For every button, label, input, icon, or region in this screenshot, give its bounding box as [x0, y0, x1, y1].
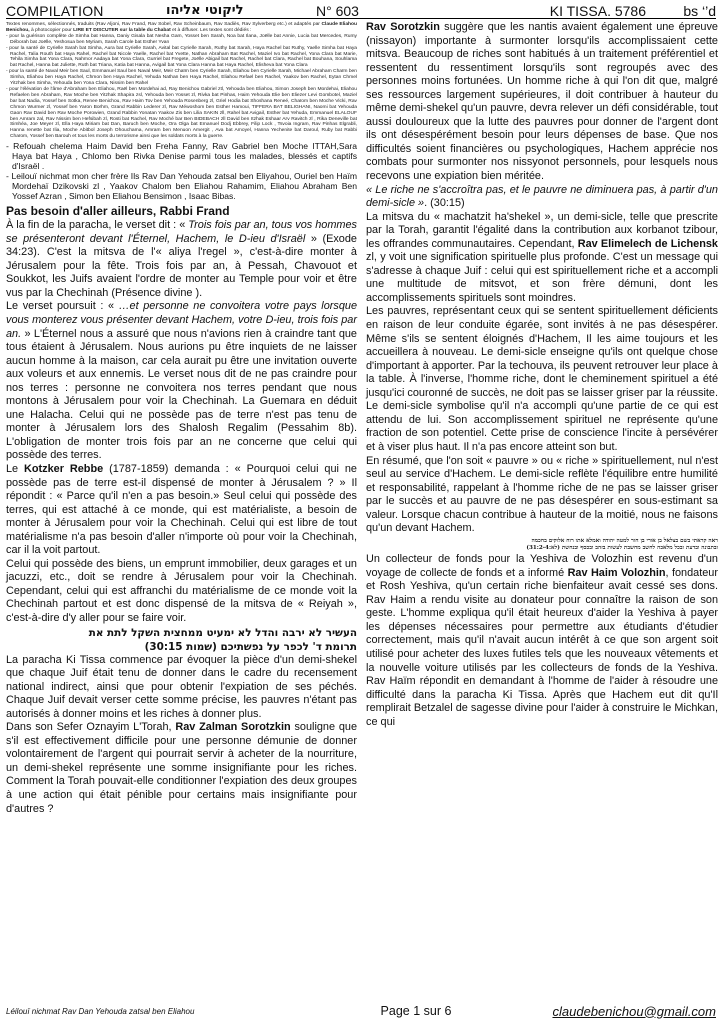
paragraph: À la fin de la paracha, le verset dit : …	[6, 219, 357, 300]
rabbi-name: Rav Haim Volozhin	[568, 567, 666, 579]
paragraph: Dans son Sefer Oznayim L'Torah, Rav Zalm…	[6, 721, 357, 816]
bsd-mark: bs ‘’d	[666, 3, 716, 19]
dedication-small: - pour la santé de Cyrielle Sarah bat Si…	[6, 46, 357, 70]
rabbi-name: Kotzker Rebbe	[24, 463, 103, 475]
paracha-name: KI TISSA. 5786	[516, 3, 666, 19]
issue-number: N° 603	[286, 3, 416, 19]
dedication-leiloui: - Leilouï nichmat mon cher frère Ils Rav…	[6, 171, 357, 201]
paragraph: Le Kotzker Rebbe (1787-1859) demanda : «…	[6, 463, 357, 558]
left-column: Textes renommes, sélectionnés, traduits …	[6, 22, 357, 816]
paragraph: La paracha Ki Tissa commence par évoquer…	[6, 654, 357, 722]
email-link[interactable]: claudebenichou@gmail.com	[552, 1004, 716, 1019]
paragraph: La mitsva du « machatzit ha'shekel », un…	[366, 211, 718, 306]
compilation-title: COMPILATION	[6, 3, 166, 19]
dedication-small: - pour la guérison complète de Simha bat…	[6, 34, 357, 46]
hebrew-verse-small: ראה קראתי בשם בצלאל בן אורי בן חור למטה …	[366, 538, 718, 552]
rabbi-name: Rav Sorotzkin	[366, 21, 440, 33]
hebrew-verse: העשיר לא ירבה והדל לא ימעיט ממחצית השקל …	[6, 626, 357, 654]
dedication-small: - pour la santé de Naval Meir ben Saul, …	[6, 69, 357, 87]
hebrew-title: ליקוטי אליהו	[166, 3, 286, 18]
page-number: Page 1 sur 6	[316, 1004, 516, 1018]
rabbi-name: Rav Elimelech de Lichensk	[578, 238, 718, 250]
credits-text: Textes renommes, sélectionnés, traduits …	[6, 22, 320, 27]
page-footer: Léilouï nichmat Rav Dan Yehouda zatsal b…	[6, 1002, 716, 1020]
credits-bold: LIRE ET DISCUTER sur la table du Chabat	[73, 28, 171, 33]
credits-text-3: et à diffuser. Les textes sont dédiés :	[172, 28, 251, 33]
paragraph: Le verset poursuit : « …et personne ne c…	[6, 300, 357, 463]
paragraph: Rav Sorotzkin suggère que les nantis ava…	[366, 21, 718, 184]
paragraph: Celui qui possède des biens, un emprunt …	[6, 558, 357, 626]
credits-text-2: à photocopier pour	[31, 28, 72, 33]
right-column: Rav Sorotzkin suggère que les nantis ava…	[366, 21, 718, 729]
paragraph: En résumé, que l'on soit « pauvre » ou «…	[366, 455, 718, 536]
dedications-large: - Refouah chelema Haim David ben Freha F…	[6, 141, 357, 201]
dedication-small: - pour l'élévation de l'âme d'Abraham be…	[6, 87, 357, 140]
paragraph: Les pauvres, représentant ceux qui se se…	[366, 305, 718, 454]
rabbi-name: Rav Zalman Sorotzkin	[175, 721, 290, 733]
dedication-refouah: - Refouah chelema Haim David ben Freha F…	[6, 141, 357, 171]
paragraph: Un collecteur de fonds pour la Yeshiva d…	[366, 553, 718, 729]
section-title: Pas besoin d'aller ailleurs, Rabbi Frand	[6, 204, 357, 219]
page-header: COMPILATION ליקוטי אליהו N° 603 KI TISSA…	[6, 3, 716, 19]
credits-block: Textes renommes, sélectionnés, traduits …	[6, 22, 357, 140]
quote: « Le riche ne s'accroîtra pas, et le pau…	[366, 184, 718, 211]
footer-dedication: Léilouï nichmat Rav Dan Yehouda zatsal b…	[6, 1007, 266, 1016]
